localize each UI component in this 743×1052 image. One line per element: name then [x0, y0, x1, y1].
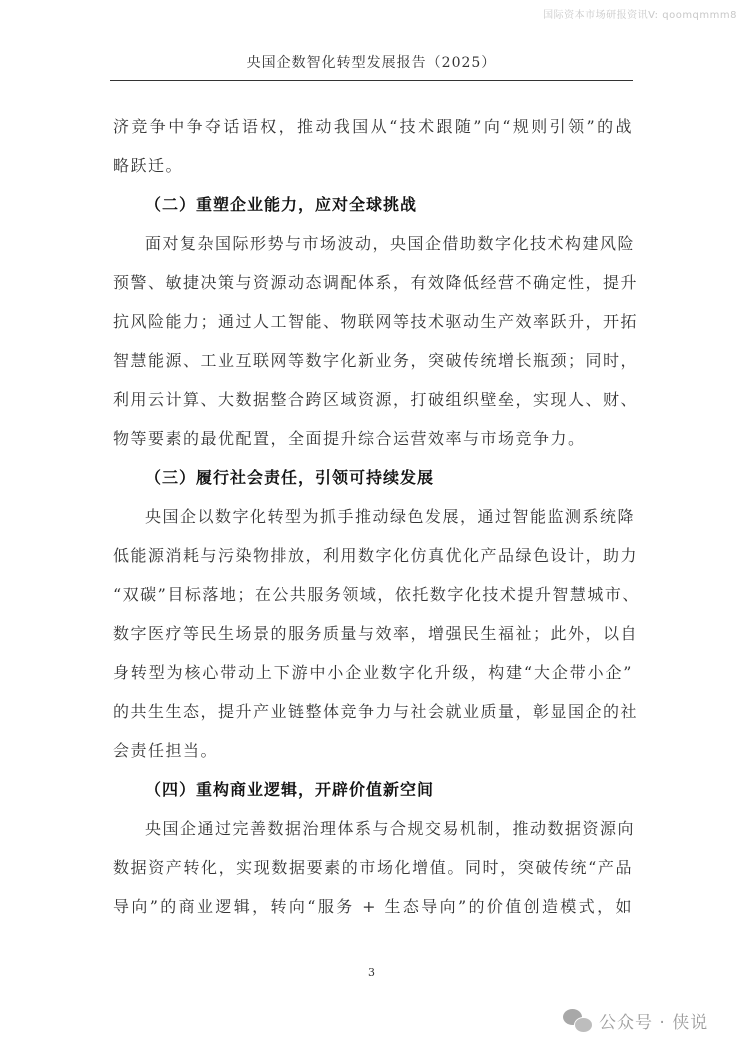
watermark-text: 国际资本市场研报资讯V: qoomqmmm8 — [543, 6, 737, 21]
body-line: 数字医疗等民生场景的服务质量与效率，增强民生福祉；此外，以自 — [113, 614, 633, 653]
body-line: 利用云计算、大数据整合跨区域资源，打破组织壁垒，实现人、财、 — [113, 380, 633, 419]
section-heading: （四）重构商业逻辑，开辟价值新空间 — [113, 770, 633, 809]
body-line: 济竞争中争夺话语权，推动我国从“技术跟随”向“规则引领”的战 — [113, 107, 633, 146]
body-line: “双碳”目标落地；在公共服务领域，依托数字化技术提升智慧城市、 — [113, 575, 633, 614]
body-line: 央国企以数字化转型为抓手推动绿色发展，通过智能监测系统降 — [113, 497, 633, 536]
body-line: 数据资产转化，实现数据要素的市场化增值。同时，突破传统“产品 — [113, 848, 633, 887]
section-heading: （三）履行社会责任，引领可持续发展 — [113, 458, 633, 497]
body-line: 央国企通过完善数据治理体系与合规交易机制，推动数据资源向 — [113, 809, 633, 848]
body-line: 抗风险能力；通过人工智能、物联网等技术驱动生产效率跃升，开拓 — [113, 302, 633, 341]
body-line: 预警、敏捷决策与资源动态调配体系，有效降低经营不确定性，提升 — [113, 263, 633, 302]
body-line: 身转型为核心带动上下游中小企业数字化升级，构建“大企带小企” — [113, 653, 633, 692]
header-divider — [110, 80, 633, 81]
body-line: 会责任担当。 — [113, 731, 633, 770]
page-number: 3 — [0, 966, 743, 979]
body-line: 物等要素的最优配置，全面提升综合运营效率与市场竞争力。 — [113, 419, 633, 458]
body-line: 导向”的商业逻辑，转向“服务 + 生态导向”的价值创造模式，如 — [113, 887, 633, 926]
running-header-title: 央国企数智化转型发展报告（2025） — [0, 52, 743, 72]
wechat-icon — [563, 1009, 593, 1033]
body-line: 的共生生态，提升产业链整体竞争力与社会就业质量，彰显国企的社 — [113, 692, 633, 731]
document-body: 济竞争中争夺话语权，推动我国从“技术跟随”向“规则引领”的战 略跃迁。 （二）重… — [113, 107, 633, 926]
footer-watermark: 公众号 · 侠说 — [563, 1008, 708, 1033]
footer-label: 公众号 · 侠说 — [599, 1008, 708, 1033]
body-line: 低能源消耗与污染物排放，利用数字化仿真优化产品绿色设计，助力 — [113, 536, 633, 575]
body-line: 略跃迁。 — [113, 146, 633, 185]
body-line: 面对复杂国际形势与市场波动，央国企借助数字化技术构建风险 — [113, 224, 633, 263]
section-heading: （二）重塑企业能力，应对全球挑战 — [113, 185, 633, 224]
body-line: 智慧能源、工业互联网等数字化新业务，突破传统增长瓶颈；同时， — [113, 341, 633, 380]
